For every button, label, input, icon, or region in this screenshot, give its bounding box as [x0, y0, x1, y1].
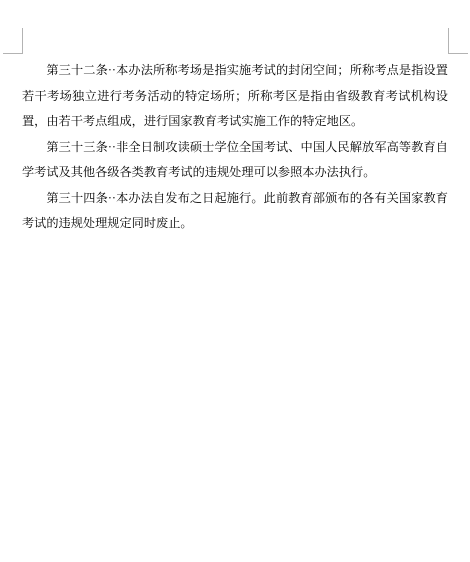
- document-text-area[interactable]: 第三十二条··本办法所称考场是指实施考试的封闭空间；所称考点是指设置若干考场独立…: [22, 58, 448, 237]
- text-boundary-mark-top-right: [448, 28, 468, 54]
- text-boundary-mark-top-left: [3, 28, 23, 54]
- paragraph-article-33[interactable]: 第三十三条··非全日制攻读硕士学位全国考试、中国人民解放军高等教育自学考试及其他…: [22, 135, 448, 186]
- document-page: 第三十二条··本办法所称考场是指实施考试的封闭空间；所称考点是指设置若干考场独立…: [0, 0, 470, 562]
- paragraph-article-32[interactable]: 第三十二条··本办法所称考场是指实施考试的封闭空间；所称考点是指设置若干考场独立…: [22, 58, 448, 135]
- paragraph-article-34[interactable]: 第三十四条··本办法自发布之日起施行。此前教育部颁布的各有关国家教育考试的违规处…: [22, 186, 448, 237]
